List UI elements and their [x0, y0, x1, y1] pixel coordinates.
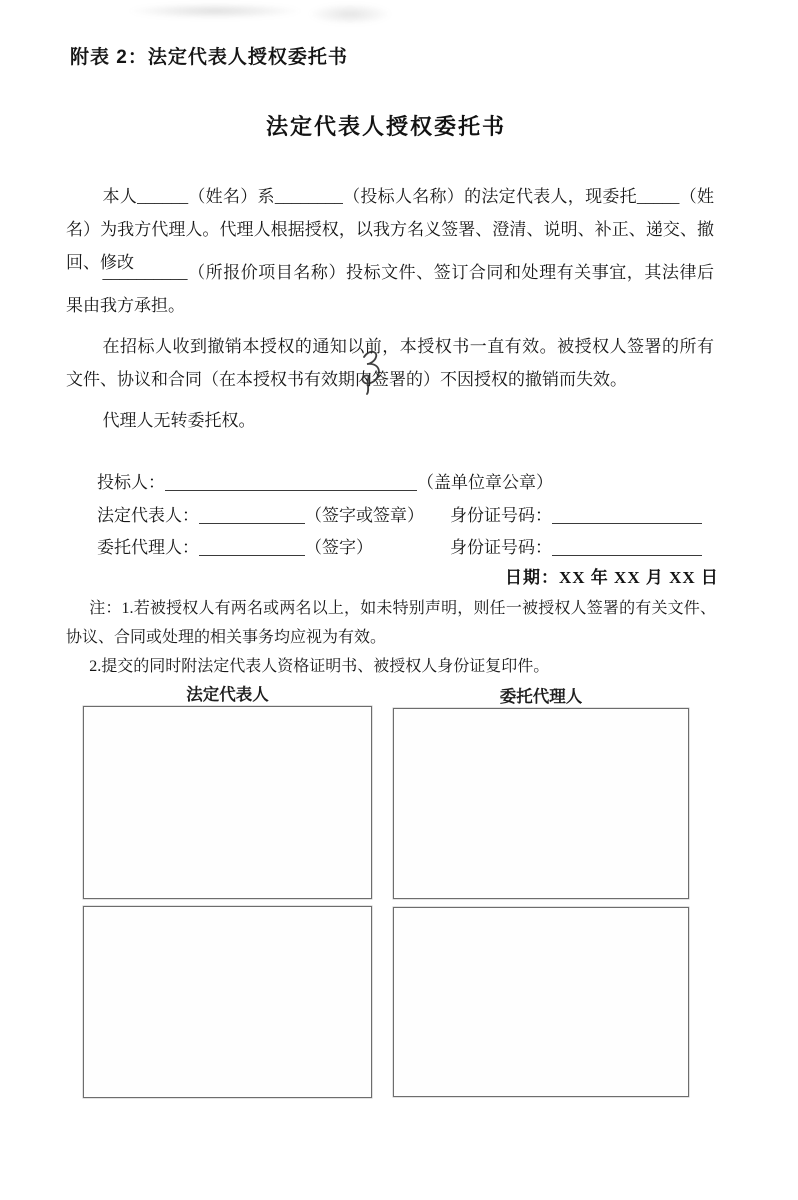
photo-column-label-legal-rep: 法定代表人: [83, 681, 372, 705]
agent-label: 委托代理人：: [97, 538, 199, 557]
bidder-label: 投标人：: [97, 473, 165, 492]
legal-rep-blank-line: [199, 506, 305, 524]
photo-box-legal-rep-top: [83, 706, 372, 899]
attachment-heading: 附表 2：法定代表人授权委托书: [70, 42, 348, 69]
document-title: 法定代表人授权委托书: [0, 110, 772, 141]
photo-box-legal-rep-bottom: [83, 906, 372, 1098]
photo-column-label-agent: 委托代理人: [393, 683, 689, 707]
agent-id-blank-line: [552, 538, 702, 556]
bidder-seal-note: （盖单位章公章）: [417, 473, 553, 492]
paragraph-no-sub-delegation: 代理人无转委托权。: [66, 404, 714, 437]
signature-row-agent: 委托代理人：（签字） 身份证号码：: [97, 533, 715, 559]
document-page: 附表 2：法定代表人授权委托书 法定代表人授权委托书 本人______（姓名）系…: [0, 0, 798, 1200]
photo-box-agent-bottom: [393, 907, 689, 1097]
scan-smudge-artifact: [90, 0, 340, 22]
note-attachments-required: 2.提交的同时附法定代表人资格证明书、被授权人身份证复印件。: [66, 652, 716, 681]
legal-rep-sign-note: （签字或签章）: [305, 506, 424, 525]
agent-blank-line: [199, 538, 305, 556]
id-number-label: 身份证号码：: [450, 538, 552, 557]
photo-box-agent-top: [393, 708, 689, 899]
signature-row-bidder: 投标人：（盖单位章公章）: [97, 468, 715, 494]
agent-sign-note: （签字）: [305, 538, 373, 557]
legal-rep-label: 法定代表人：: [97, 506, 199, 525]
bidder-blank-line: [165, 473, 417, 491]
paragraph-validity: 在招标人收到撤销本授权的通知以前，本授权书一直有效。被授权人签署的所有文件、协议…: [66, 330, 714, 396]
scan-smudge-artifact: [295, 0, 405, 28]
legal-rep-id-blank-line: [552, 506, 702, 524]
id-number-label: 身份证号码：: [450, 506, 552, 525]
signature-row-legal-rep: 法定代表人：（签字或签章） 身份证号码：: [97, 501, 715, 527]
note-multiple-authorized-persons: 注：1.若被授权人有两名或两名以上，如未特别声明，则任一被授权人签署的有关文件、…: [66, 594, 716, 652]
legal-rep-id-group: 身份证号码：: [450, 501, 702, 526]
paragraph-project-scope: __________（所报价项目名称）投标文件、签订合同和处理有关事宜，其法律后…: [66, 256, 714, 322]
date-line: 日期：XX 年 XX 月 XX 日: [505, 563, 719, 588]
agent-id-group: 身份证号码：: [450, 533, 702, 558]
